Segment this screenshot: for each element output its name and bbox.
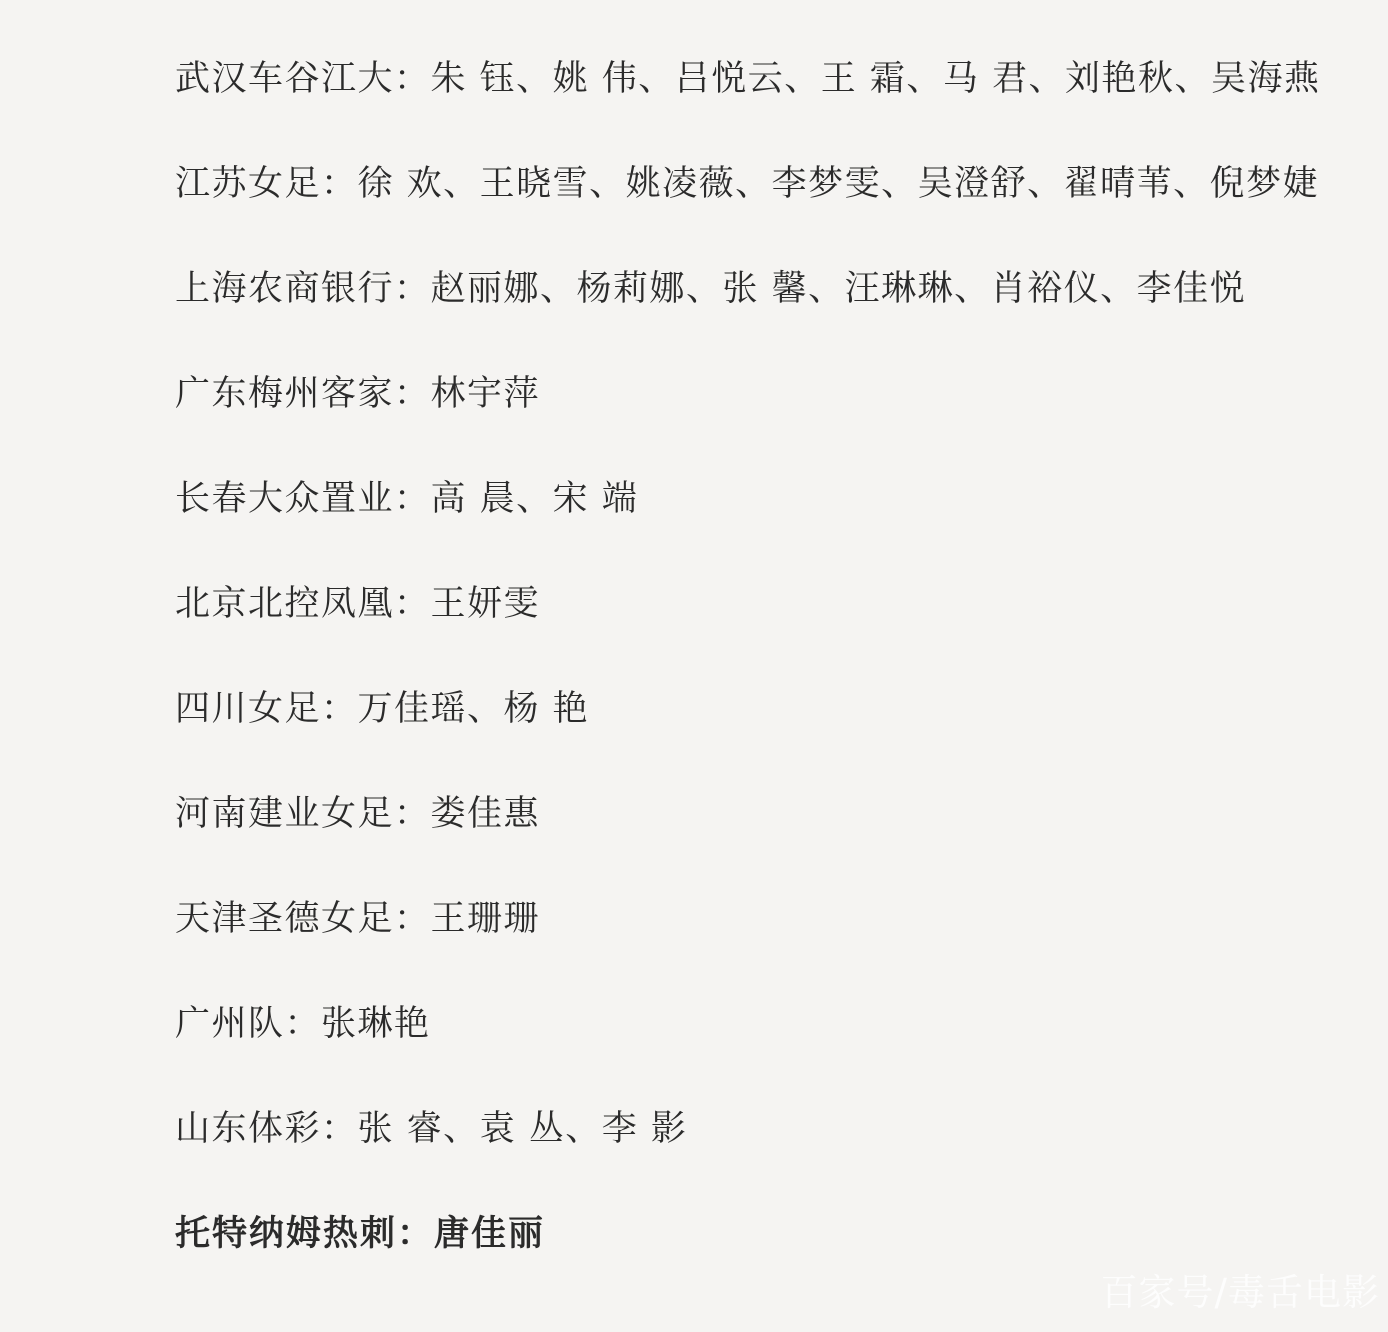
roster-line-henan: 河南建业女足：娄佳惠 [175, 793, 1368, 835]
roster-line-changchun: 长春大众置业：高 晨、宋 端 [175, 478, 1368, 520]
roster-line-shanghai: 上海农商银行：赵丽娜、杨莉娜、张 馨、汪琳琳、肖裕仪、李佳悦 [175, 268, 1368, 310]
team-name: 河南建业女足： [175, 794, 431, 834]
player-list: 万佳瑶、杨 艳 [358, 689, 590, 729]
roster-line-sichuan: 四川女足：万佳瑶、杨 艳 [175, 688, 1368, 730]
player-list: 朱 钰、姚 伟、吕悦云、王 霜、马 君、刘艳秋、吴海燕 [431, 59, 1321, 99]
team-name: 上海农商银行： [175, 269, 431, 309]
player-list: 王珊珊 [431, 899, 541, 939]
player-list: 唐佳丽 [434, 1214, 545, 1254]
player-list: 张琳艳 [321, 1004, 431, 1044]
roster-line-tianjin: 天津圣德女足：王珊珊 [175, 898, 1368, 940]
team-name: 山东体彩： [175, 1109, 358, 1149]
player-list: 高 晨、宋 端 [431, 479, 639, 519]
player-list: 徐 欢、王晓雪、姚凌薇、李梦雯、吴澄舒、翟晴苇、倪梦婕 [358, 164, 1320, 204]
team-name: 托特纳姆热刺： [175, 1214, 434, 1254]
roster-line-guangdong-meizhou: 广东梅州客家：林宇萍 [175, 373, 1368, 415]
player-list: 赵丽娜、杨莉娜、张 馨、汪琳琳、肖裕仪、李佳悦 [431, 269, 1247, 309]
roster-line-wuhan: 武汉车谷江大：朱 钰、姚 伟、吕悦云、王 霜、马 君、刘艳秋、吴海燕 [175, 58, 1368, 100]
team-name: 广东梅州客家： [175, 374, 431, 414]
watermark: 百家号/毒舌电影 [1101, 1262, 1380, 1316]
team-name: 武汉车谷江大： [175, 59, 431, 99]
player-list: 林宇萍 [431, 374, 541, 414]
team-name: 广州队： [175, 1004, 321, 1044]
roster-line-shandong: 山东体彩：张 睿、袁 丛、李 影 [175, 1108, 1368, 1150]
player-list: 娄佳惠 [431, 794, 541, 834]
roster-line-tottenham: 托特纳姆热刺：唐佳丽 [175, 1213, 1368, 1255]
roster-line-beijing: 北京北控凤凰：王妍雯 [175, 583, 1368, 625]
player-list: 张 睿、袁 丛、李 影 [358, 1109, 688, 1149]
player-list: 王妍雯 [431, 584, 541, 624]
roster-document: 武汉车谷江大：朱 钰、姚 伟、吕悦云、王 霜、马 君、刘艳秋、吴海燕 江苏女足：… [175, 58, 1368, 1318]
team-name: 江苏女足： [175, 164, 358, 204]
team-name: 北京北控凤凰： [175, 584, 431, 624]
team-name: 长春大众置业： [175, 479, 431, 519]
team-name: 四川女足： [175, 689, 358, 729]
roster-line-guangzhou: 广州队：张琳艳 [175, 1003, 1368, 1045]
roster-line-jiangsu: 江苏女足：徐 欢、王晓雪、姚凌薇、李梦雯、吴澄舒、翟晴苇、倪梦婕 [175, 163, 1368, 205]
team-name: 天津圣德女足： [175, 899, 431, 939]
